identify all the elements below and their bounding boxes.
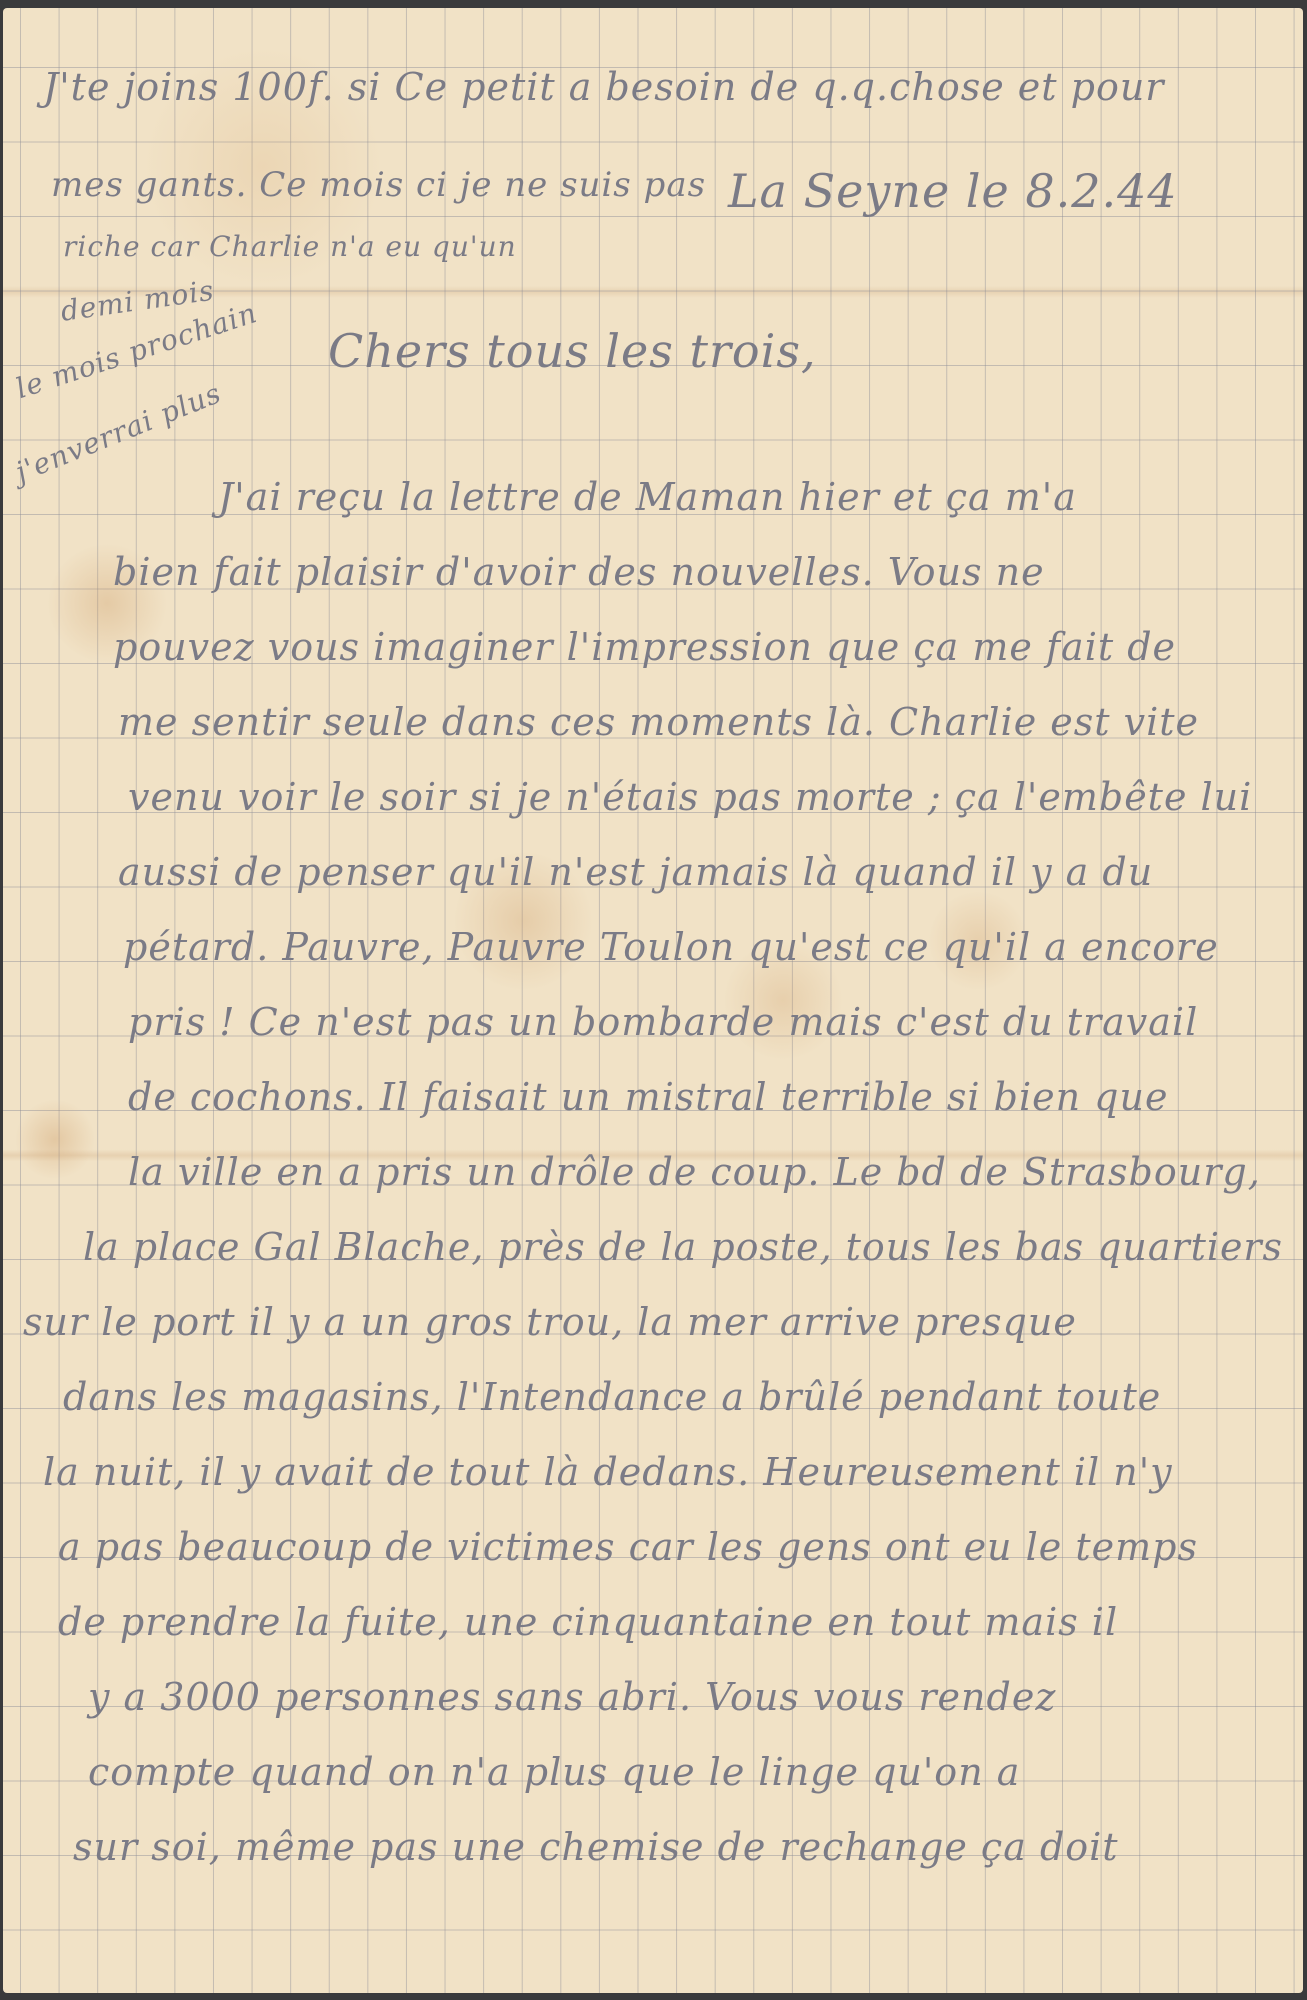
- body-line: venu voir le soir si je n'étais pas mort…: [128, 778, 1252, 816]
- body-line: de cochons. Il faisait un mistral terrib…: [128, 1078, 1168, 1116]
- body-line: J'ai reçu la lettre de Maman hier et ça …: [218, 478, 1077, 516]
- body-line: bien fait plaisir d'avoir des nouvelles.…: [113, 553, 1045, 591]
- header-note-line-1: J'te joins 100f. si Ce petit a besoin de…: [43, 68, 1164, 106]
- body-line: la ville en a pris un drôle de coup. Le …: [128, 1153, 1261, 1191]
- body-line: dans les magasins, l'Intendance a brûlé …: [63, 1378, 1161, 1416]
- body-line: sur soi, même pas une chemise de rechang…: [73, 1828, 1119, 1866]
- body-line: de prendre la fuite, une cinquantaine en…: [58, 1603, 1118, 1641]
- body-line: pétard. Pauvre, Pauvre Toulon qu'est ce …: [123, 928, 1219, 966]
- place-date: La Seyne le 8.2.44: [728, 168, 1178, 214]
- body-line: pris ! Ce n'est pas un bombarde mais c'e…: [128, 1003, 1198, 1041]
- body-line: sur le port il y a un gros trou, la mer …: [23, 1303, 1077, 1341]
- body-line: y a 3000 personnes sans abri. Vous vous …: [88, 1678, 1056, 1716]
- body-line: a pas beaucoup de victimes car les gens …: [58, 1528, 1198, 1566]
- body-line: aussi de penser qu'il n'est jamais là qu…: [118, 853, 1153, 891]
- body-line: compte quand on n'a plus que le linge qu…: [88, 1753, 1020, 1791]
- body-line: la place Gal Blache, près de la poste, t…: [83, 1228, 1283, 1266]
- letter-page: J'te joins 100f. si Ce petit a besoin de…: [3, 8, 1303, 1993]
- header-note-line-2: mes gants. Ce mois ci je ne suis pas: [51, 168, 706, 202]
- body-line: me sentir seule dans ces moments là. Cha…: [118, 703, 1199, 741]
- body-line: pouvez vous imaginer l'impression que ça…: [113, 628, 1176, 666]
- body-line: la nuit, il y avait de tout là dedans. H…: [43, 1453, 1173, 1491]
- header-note-line-3: riche car Charlie n'a eu qu'un: [63, 233, 517, 261]
- salutation: Chers tous les trois,: [328, 328, 817, 374]
